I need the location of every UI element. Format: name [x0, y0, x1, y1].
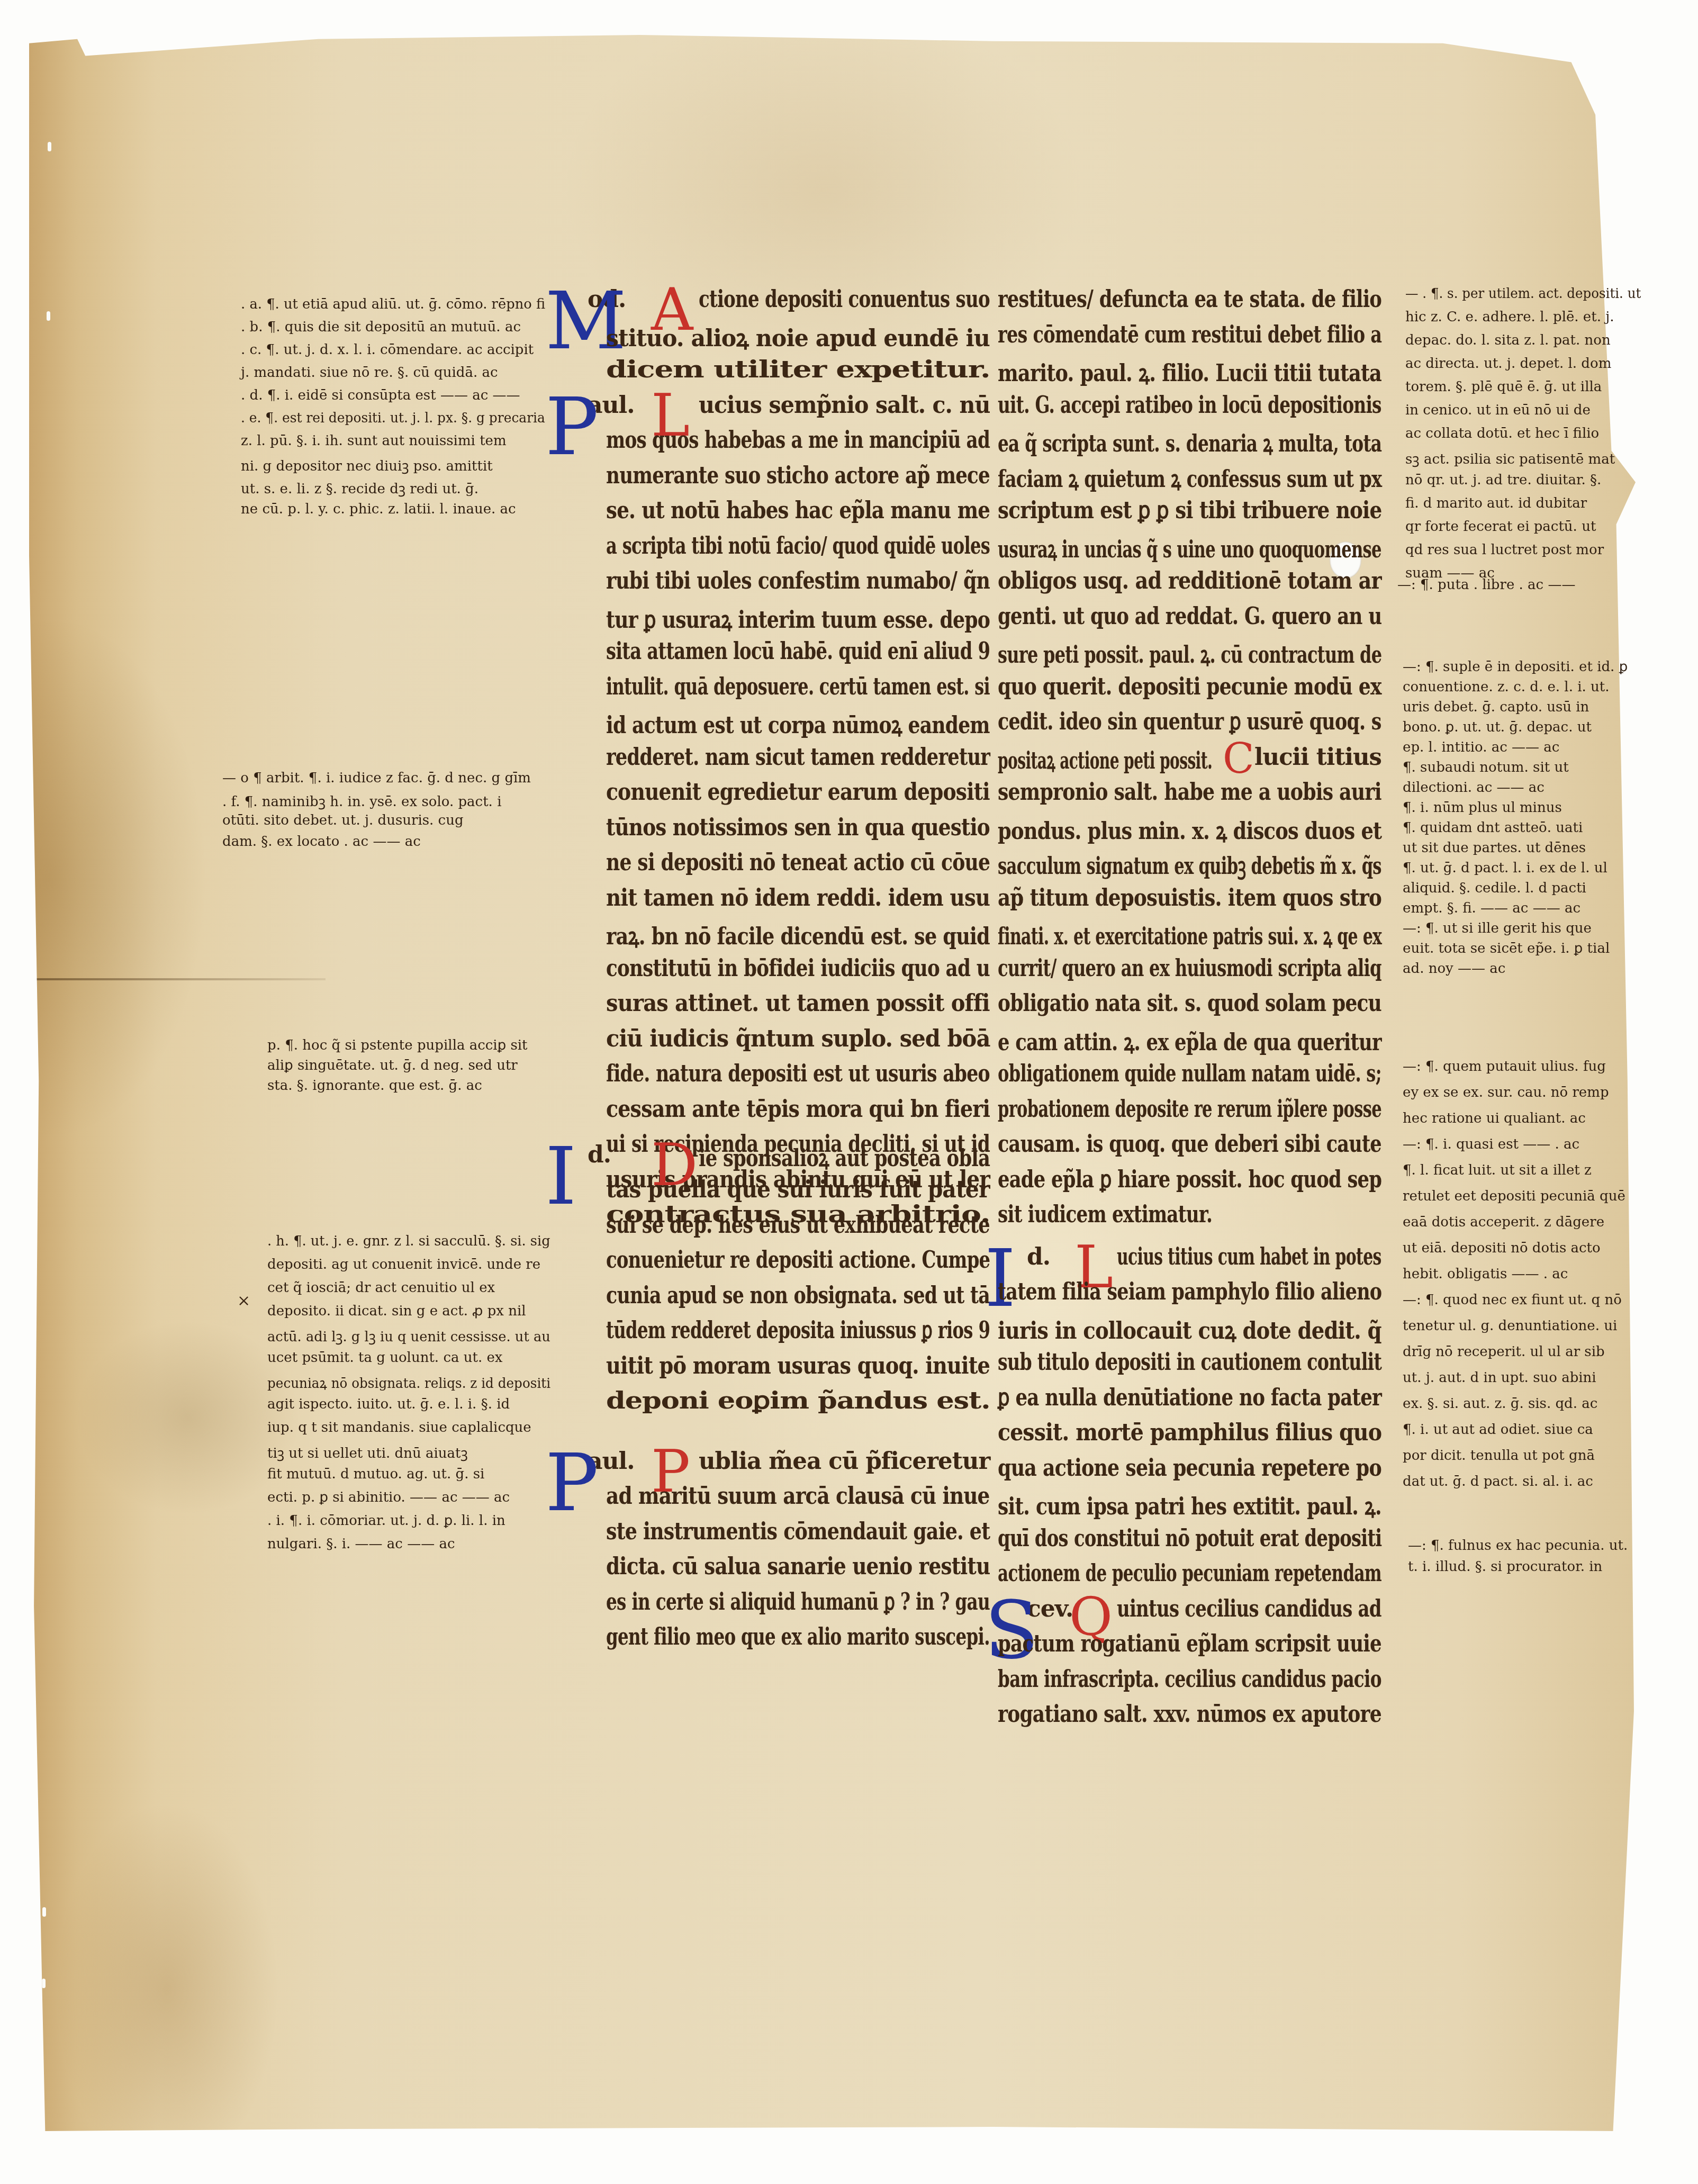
gloss-line: eaā dotis acceperit. z dāgere	[1403, 1214, 1604, 1230]
text-line: id actum est ut corpa nūmoꝝ eandem	[606, 708, 990, 740]
gloss-line: nō qr. ut. j. ad tre. diuitar. §.	[1405, 472, 1601, 488]
gloss-line: . f. ¶. naminibꝫ h. in. ysē. ex solo. pa…	[222, 791, 501, 810]
text-line: pondus. plus min. x. ꝝ discos duos et	[998, 814, 1381, 846]
gloss-line: actū. adi lꝫ. g lꝫ iu q uenit cessisse. …	[267, 1326, 550, 1346]
gloss-line: . i. ¶. i. cōmoriar. ut. j. d. ꝑ. li. l.…	[267, 1513, 505, 1529]
gloss-line: cet q̃ iosciā; dr act cenuitio ul ex	[267, 1280, 495, 1296]
text-line: obligatio nata sit. s. quod solam pecu	[998, 990, 1381, 1017]
gloss-line: . h. ¶. ut. j. e. gnr. z l. si sacculū. …	[267, 1233, 550, 1249]
gloss-line: ex. §. si. aut. z. ḡ. sis. qd. ac	[1403, 1396, 1597, 1412]
right-gloss-block-5: —: ¶. fulnus ex hac pecunia. ut.t. i. il…	[1408, 1538, 1646, 1575]
gloss-line: torem. §. plē quē ē. ḡ. ut illa	[1405, 379, 1602, 395]
text-line: cunia apud se non obsignata. sed ut tā	[606, 1282, 990, 1309]
gloss-line: ¶. ut. ḡ. d pact. l. i. ex de l. ul	[1403, 860, 1607, 876]
gloss-line: nulgari. §. i. —— ac —— ac	[267, 1536, 455, 1552]
text-line: es in certe si aliquid humanū ꝑ ? in ? g…	[606, 1589, 990, 1616]
text-line: se. ut notū habes hac ep̃la manu me	[606, 497, 990, 524]
text-line: tūnos notissimos sen in qua questio	[606, 814, 990, 841]
gloss-line: aliquid. §. cedile. l. d pacti	[1403, 880, 1586, 896]
text-line: sempronio salt. habe me a uobis auri	[998, 779, 1381, 806]
gloss-line: hic z. C. e. adhere. l. plē. et. j.	[1405, 309, 1614, 325]
gloss-line: ne cū. p. l. y. c. phic. z. latii. l. in…	[241, 501, 516, 517]
gloss-line: qr forte fecerat ei pactū. ut	[1405, 519, 1596, 535]
text-line: tūdem redderet deposita iniussus ꝑ rios …	[606, 1317, 990, 1344]
gloss-line: hebit. obligatis —— . ac	[1403, 1266, 1568, 1282]
text-line: ciū iudicis q̃ntum suplo. sed bōā	[606, 1025, 990, 1052]
text-line: ublia m̃ea cū p̃ficeretur	[699, 1448, 990, 1475]
text-line: iuris in collocauit cuꝝ dote dedit. q̃	[998, 1314, 1381, 1346]
text-line: redderet. nam sicut tamen redderetur	[606, 744, 990, 771]
text-line: tur ꝑ usuraꝝ interim tuum esse. depo	[606, 603, 990, 635]
text-line: sui se dep. hes eius ut exhibueat recte	[606, 1212, 990, 1239]
text-line: ne si depositi nō teneat actio cū cōue	[606, 849, 990, 876]
text-column-1: od.MActione depositi conuentus suostituo…	[550, 286, 995, 1673]
text-line: rubi tibi uoles confestim numabo/ q̃n	[606, 567, 990, 594]
gloss-line: sta. §. ignorante. que est. ḡ. ac	[267, 1078, 482, 1094]
gloss-line: ucet psūmit. ta g uolunt. ca ut. ex	[267, 1350, 503, 1366]
gloss-line: dam. §. ex locato . ac —— ac	[222, 834, 421, 850]
gloss-line: fit mutuū. d mutuo. ag. ut. ḡ. si	[267, 1466, 484, 1482]
gloss-line: bono. ꝑ. ut. ut. ḡ. depac. ut	[1403, 719, 1592, 735]
gloss-line: ni. g depositor nec diuiꝫ pso. amittit	[241, 456, 493, 475]
text-line: lucii titius	[1254, 744, 1381, 771]
gloss-line: por dicit. tenulla ut pot gnā	[1403, 1448, 1595, 1464]
text-line: cessit. mortē pamphilus filius quo	[998, 1419, 1381, 1446]
text-line: nit tamen nō idem reddi. idem usu	[606, 885, 990, 911]
gloss-line: ey ex se ex. sur. cau. nō remp	[1403, 1085, 1609, 1100]
text-line: fide. natura depositi est ut usuris abeo	[606, 1060, 990, 1087]
text-line: ad maritū suum arcā clausā cū inue	[606, 1483, 990, 1510]
text-line: intulit. quā deposuere. certū tamen est.…	[606, 673, 990, 700]
blue-initial: I	[545, 1137, 576, 1216]
text-line: uintus cecilius candidus ad	[1117, 1595, 1381, 1622]
text-line: mos quos habebas a me in mancipiū ad	[606, 427, 990, 454]
gloss-line: conuentione. z. c. d. e. l. i. ut.	[1403, 679, 1609, 695]
left-gloss-block-2: — o ¶ arbit. ¶. i. iudice z fac. ḡ. d ne…	[222, 770, 550, 844]
text-line: ctione depositi conuentus suo	[699, 286, 990, 313]
left-gloss-block-4: . h. ¶. ut. j. e. gnr. z l. si sacculū. …	[267, 1233, 553, 1572]
text-line: ea q̃ scripta sunt. s. denaria ꝝ multa, …	[998, 427, 1381, 458]
text-line: ucius titius cum habet in potes	[1117, 1243, 1381, 1270]
right-gloss-block-1: — . ¶. s. per utilem. act. depositi. uth…	[1405, 286, 1643, 598]
gloss-line: depac. do. l. sita z. l. pat. non	[1405, 332, 1611, 348]
text-line: sit. cum ipsa patri hes extitit. paul. ꝝ…	[998, 1490, 1381, 1521]
text-line: eade ep̃la ꝑ hiare possit. hoc quod sep	[998, 1166, 1381, 1193]
gloss-line: . a. ¶. ut etiā apud aliū. ut. ḡ. cōmo. …	[241, 296, 545, 312]
gloss-line: in cenico. ut in eū nō ui de	[1405, 402, 1591, 418]
gloss-line: tenetur ul. g. denuntiatione. ui	[1403, 1318, 1617, 1334]
gloss-line: —: ¶. puta . libre . ac ——	[1397, 577, 1575, 593]
blue-initial: P	[545, 1443, 599, 1523]
gloss-line: otūti. sito debet. ut. j. dusuris. cug	[222, 813, 464, 828]
gloss-line: z. l. pū. §. i. ih. sunt aut nouissimi t…	[241, 433, 507, 449]
text-line: probationem deposite re rerum ip̃lere po…	[998, 1096, 1381, 1123]
text-line: obligationem quide nullam natam uidē. s;	[998, 1060, 1381, 1087]
text-line: raꝝ. bn nō facile dicendū est. se quid	[606, 919, 990, 951]
text-line: dicta. cū salua sanarie uenio restitu	[606, 1553, 990, 1580]
gloss-line: ac collata dotū. et hec ī filio	[1405, 426, 1599, 441]
gloss-line: euit. tota se sicēt ep̃e. i. ꝑ tial	[1403, 941, 1610, 956]
text-line: qua actione seia pecunia repetere po	[998, 1455, 1381, 1482]
gloss-line: — . ¶. s. per utilem. act. depositi. ut	[1405, 286, 1641, 302]
text-line: quī dos constitui nō potuit erat deposit…	[998, 1525, 1381, 1552]
text-line: tatem filia seiam pamphylo filio alieno	[998, 1278, 1381, 1305]
text-line: quo querit. depositi pecunie modū ex	[998, 673, 1381, 700]
left-gloss-block-1: . a. ¶. ut etiā apud aliū. ut. ḡ. cōmo. …	[241, 296, 548, 529]
text-line: sita attamen locū habē. quid enī aliud 9	[606, 638, 990, 665]
text-line: constitutū in bōfidei iudiciis quo ad u	[606, 955, 990, 982]
text-line: currit/ quero an ex huiusmodi scripta al…	[998, 955, 1381, 982]
right-gloss-block-2: —: ¶. puta . libre . ac ——	[1397, 577, 1636, 598]
text-line: rogatiano salt. xxv. nūmos ex aputore	[998, 1701, 1381, 1728]
text-line: scriptum est ꝑ ꝑ si tibi tribuere noie	[998, 497, 1381, 524]
gloss-line: . b. ¶. quis die sit depositū an mutuū. …	[241, 319, 521, 335]
gloss-line: ep. l. intitio. ac —— ac	[1403, 739, 1559, 755]
gloss-line: —: ¶. quod nec ex fiunt ut. q nō	[1403, 1292, 1622, 1308]
text-line: res cōmendatē cum restitui debet filio a	[998, 321, 1381, 348]
gloss-line: . d. ¶. i. eidē si consūpta est —— ac ——	[241, 387, 520, 403]
right-gloss-block-4: —: ¶. quem putauit ulius. fugey ex se ex…	[1403, 1059, 1646, 1514]
gloss-line: ¶. quidam dnt astteō. uati	[1403, 820, 1583, 836]
siglum: d.	[588, 1141, 611, 1168]
text-line: uitit pō moram usuras quoq. inuite	[606, 1352, 990, 1379]
blue-initial: P	[545, 387, 599, 467]
sewing-hole	[47, 311, 50, 321]
gloss-line: ¶. i. nūm plus ul minus	[1403, 800, 1562, 816]
gloss-line: j. mandati. siue nō re. §. cū quidā. ac	[241, 365, 498, 381]
gloss-line: tiꝫ ut si uellet uti. dnū aiuatꝫ	[267, 1443, 468, 1462]
siglum: d.	[1027, 1243, 1050, 1270]
gloss-line: agit ispecto. iuito. ut. ḡ. e. l. i. §. …	[267, 1396, 510, 1412]
sewing-hole	[42, 1907, 46, 1917]
text-line: sub titulo depositi in cautionem contuli…	[998, 1349, 1381, 1376]
gloss-line: sꝫ act. psilia sic patisentē mat	[1405, 449, 1615, 468]
text-line: ap̃ titum deposuistis. item quos stro	[998, 885, 1381, 911]
text-line: suras attinet. ut tamen possit offi	[606, 990, 990, 1017]
text-line: conuenietur re depositi actione. Cumpe	[606, 1247, 990, 1274]
gloss-line: ecti. p. ꝑ si abinitio. —— ac —— ac	[267, 1490, 510, 1505]
gloss-line: . e. ¶. est rei depositi. ut. j. l. px. …	[241, 410, 545, 426]
gloss-line: —: ¶. fulnus ex hac pecunia. ut.	[1408, 1538, 1628, 1554]
red-initial: C	[1223, 738, 1254, 780]
gloss-line: p. ¶. hoc q̃ si pstente pupilla acciꝑ si…	[267, 1037, 528, 1053]
gloss-line: ¶. subaudi notum. sit ut	[1403, 760, 1569, 775]
text-line: deponi eoꝑim p̃andus est.	[606, 1387, 990, 1414]
text-line: cedit. ideo sin quentur ꝑ usurē quoq. s	[998, 708, 1381, 735]
text-line: dicem utiliter expetitur.	[606, 356, 990, 383]
text-line: conuenit egredietur earum depositi	[606, 779, 990, 806]
text-line: positaꝝ actione peti possit.	[998, 744, 1212, 775]
gloss-line: deposito. ii dicat. sin g e act. ꝓ px ni…	[267, 1303, 526, 1319]
gloss-line: —: ¶. ut si ille gerit his que	[1403, 920, 1592, 936]
text-line: ste instrumentis cōmendauit gaie. et	[606, 1518, 990, 1545]
gloss-line: ut. s. e. li. z §. recide dꝫ redi ut. ḡ.	[241, 479, 478, 498]
text-line: sacculum signatum ex quibꝫ debetis m̃ x.…	[998, 849, 1381, 881]
gloss-line: . c. ¶. ut. j. d. x. l. i. cōmendare. ac…	[241, 342, 534, 358]
text-line: ucius semp̃nio salt. c. nū	[699, 392, 990, 419]
text-line: stituo. alioꝝ noie apud eundē iu	[606, 321, 990, 353]
text-line: finati. x. et exercitatione patris sui. …	[998, 919, 1381, 951]
text-line: bam infrascripta. cecilius candidus paci…	[998, 1666, 1381, 1693]
gloss-line: qd res sua l luctret post mor	[1405, 542, 1604, 558]
text-line: sit iudicem extimatur.	[998, 1201, 1212, 1228]
gloss-line: t. i. illud. §. si procurator. in	[1408, 1559, 1602, 1575]
text-line: ꝑ ea nulla denūtiatione no facta pater	[998, 1384, 1381, 1411]
gloss-line: pecuniaꝝ nō obsignata. reliqs. z id depo…	[267, 1373, 550, 1392]
gloss-line: — o ¶ arbit. ¶. i. iudice z fac. ḡ. d ne…	[222, 770, 531, 786]
gloss-line: retulet eet depositi pecuniā quē	[1403, 1188, 1625, 1204]
gloss-line: empt. §. fi. —— ac —— ac	[1403, 900, 1580, 916]
text-column-2: restitues/ defuncta ea te stata. de fili…	[990, 286, 1392, 1673]
cross-mark: ×	[237, 1292, 250, 1310]
text-line: sure peti possit. paul. ꝝ. cū contractum…	[998, 638, 1381, 670]
text-line: obligos usq. ad redditionē totam ar	[998, 567, 1381, 594]
sewing-hole	[42, 1979, 46, 1988]
gloss-line: ¶. i. ut aut ad odiet. siue ca	[1403, 1422, 1593, 1438]
gloss-line: —: ¶. i. quasi est —— . ac	[1403, 1136, 1579, 1152]
text-line: gent filio meo que ex alio marito suscep…	[606, 1623, 990, 1650]
text-line: tas puella que sui iuris fuit pater	[606, 1176, 990, 1203]
text-line: uit. G. accepi ratibeo in locū depositio…	[998, 392, 1381, 419]
left-gloss-block-3: p. ¶. hoc q̃ si pstente pupilla acciꝑ si…	[267, 1037, 553, 1096]
gloss-line: uris debet. ḡ. capto. usū in	[1403, 699, 1589, 715]
text-line: pactum rogatianū ep̃lam scripsit uuie	[998, 1630, 1381, 1657]
gloss-line: drīg nō receperit. ul ul ar sib	[1403, 1344, 1605, 1360]
text-line: actionem de peculio pecuniam repetendam	[998, 1560, 1381, 1587]
gloss-line: ¶. l. ficat luit. ut sit a illet z	[1403, 1162, 1592, 1178]
gloss-line: ut sit due partes. ut dēnes	[1403, 840, 1586, 856]
text-line: marito. paul. ꝝ. filio. Lucii titii tuta…	[998, 356, 1381, 388]
gloss-line: hec ratione ui qualiant. ac	[1403, 1111, 1586, 1126]
gloss-line: ad. noy —— ac	[1403, 961, 1505, 977]
gloss-line: depositi. ag ut conuenit invicē. unde re	[267, 1257, 540, 1273]
gloss-line: dat ut. ḡ. d pact. si. al. i. ac	[1403, 1474, 1593, 1490]
right-gloss-block-3: —: ¶. suple ē in depositi. et id. ꝑconue…	[1403, 659, 1646, 987]
text-line: cessam ante tēpis mora qui bn fieri	[606, 1096, 990, 1123]
text-line: a scripta tibi notū facio/ quod quidē uo…	[606, 533, 990, 559]
text-line: e cam attin. ꝝ. ex ep̃la de qua queritur	[998, 1025, 1381, 1057]
gloss-line: —: ¶. suple ē in depositi. et id. ꝑ	[1403, 659, 1628, 675]
gloss-line: —: ¶. quem putauit ulius. fug	[1403, 1059, 1606, 1075]
text-line: ie sponsalioꝝ aut postea obla	[699, 1141, 990, 1173]
sewing-hole	[48, 142, 51, 151]
gloss-line: ut. j. aut. d in upt. suo abini	[1403, 1370, 1596, 1386]
text-line: causam. is quoq. que deberi sibi caute	[998, 1131, 1381, 1158]
gloss-line: aliꝑ singuētate. ut. ḡ. d neg. sed utr	[267, 1058, 518, 1073]
gloss-line: fi. d marito aut. id dubitar	[1405, 495, 1587, 511]
text-line: usuraꝝ in uncias q̃ s uine uno quoquomen…	[998, 533, 1381, 564]
gloss-line: ac directa. ut. j. depet. l. dom	[1405, 356, 1611, 372]
text-line: restitues/ defuncta ea te stata. de fili…	[998, 286, 1381, 313]
gloss-line: ut eiā. depositi nō dotis acto	[1403, 1240, 1601, 1256]
fold-crease	[29, 978, 326, 980]
text-line: faciam ꝝ quietum ꝝ confessus sum ut px	[998, 462, 1381, 494]
gloss-line: iup. q t sit mandanis. siue caplalicque	[267, 1420, 531, 1436]
text-line: genti. ut quo ad reddat. G. quero an u	[998, 603, 1381, 630]
gloss-line: dilectioni. ac —— ac	[1403, 780, 1545, 796]
text-line: numerante suo sticho actore ap̃ mece	[606, 462, 990, 489]
